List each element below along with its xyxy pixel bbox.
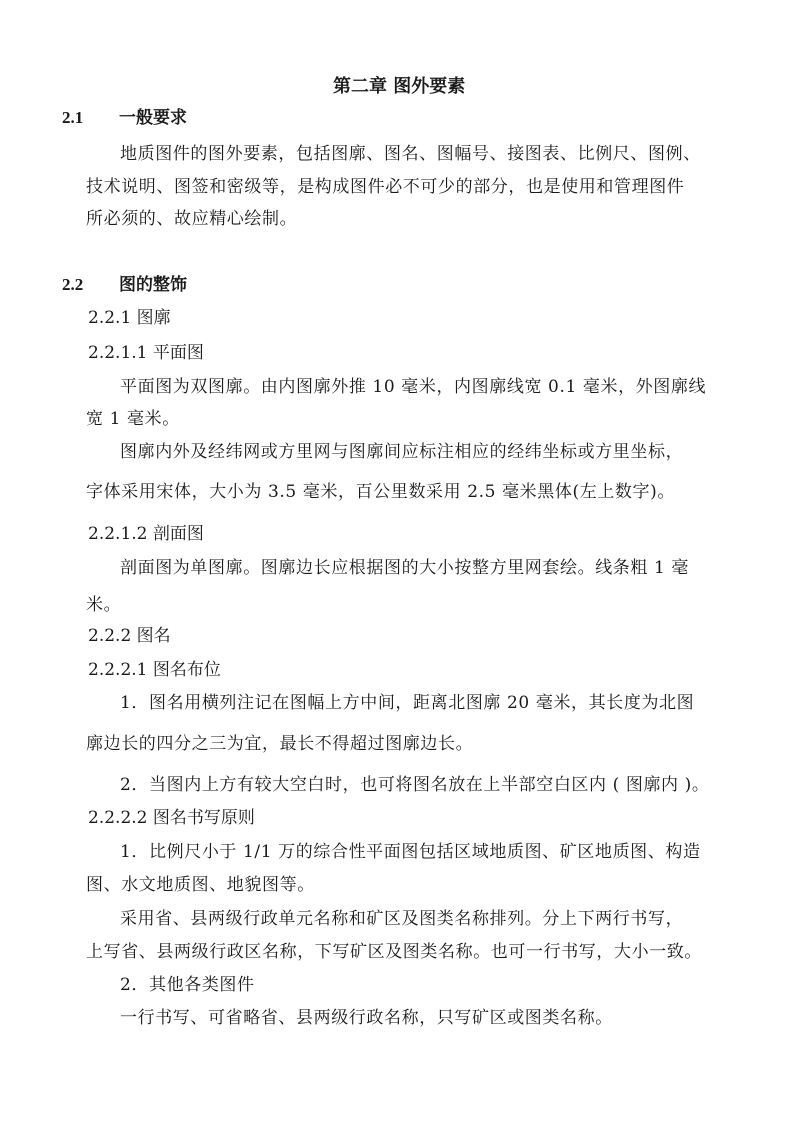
subheading-2-2-2: 2.2.2 图名 [88,625,171,647]
subheading-2-2-1-2: 2.2.1.2 剖面图 [88,523,204,545]
subheading-2-2-2-1: 2.2.2.1 图名布位 [88,659,221,681]
paragraph-line: 一行书写、可省略省、县两级行政名称，只写矿区或图类名称。 [120,1007,613,1029]
paragraph-line: 图廓内外及经纬网或方里网与图廓间应标注相应的经纬坐标或方里坐标， [120,441,683,463]
section-number: 2.2 [62,274,119,296]
subheading-2-2-2-2: 2.2.2.2 图名书写原则 [88,807,255,829]
paragraph-line: 采用省、县两级行政单元名称和矿区及图类名称排列。分上下两行书写， [120,908,683,930]
chapter-title: 第二章 图外要素 [333,76,465,98]
paragraph-line: 所必须的、故应精心绘制。 [86,208,297,230]
subheading-2-2-1: 2.2.1 图廓 [88,307,171,329]
paragraph-line: 地质图件的图外要素，包括图廓、图名、图幅号、接图表、比例尺、图例、 [120,143,701,165]
paragraph-line: 字体采用宋体，大小为 3.5 毫米，百公里数采用 2.5 毫米黑体(左上数字)。 [86,481,675,503]
paragraph-line: 上写省、县两级行政区名称，下写矿区及图类名称。也可一行书写，大小一致。 [86,941,702,963]
section-heading-2-1: 2.1一般要求 [62,107,187,129]
paragraph-line: 剖面图为单图廓。图廓边长应根据图的大小按整方里网套绘。线条粗 1 毫 [120,557,689,579]
section-title: 一般要求 [119,108,187,128]
paragraph-line: 米。 [86,594,121,616]
paragraph-line: 图、水文地质图、地貌图等。 [86,874,315,896]
paragraph-line: 技术说明、图签和密级等，是构成图件必不可少的部分，也是使用和管理图件 [86,176,684,198]
paragraph-line: 2．当图内上方有较大空白时，也可将图名放在上半部空白区内 ( 图廓内 )。 [120,774,710,796]
subheading-2-2-1-1: 2.2.1.1 平面图 [88,342,204,364]
paragraph-line: 宽 1 毫米。 [86,408,180,430]
paragraph-line: 1．比例尺小于 1/1 万的综合性平面图包括区域地质图、矿区地质图、构造 [120,841,701,863]
paragraph-line: 廓边长的四分之三为宜，最长不得超过图廓边长。 [86,733,473,755]
paragraph-line: 1．图名用横列注记在图幅上方中间，距离北图廓 20 毫米，其长度为北图 [120,692,694,714]
paragraph-line: 2．其他各类图件 [120,974,255,996]
paragraph-line: 平面图为双图廓。由内图廓外推 10 毫米，内图廓线宽 0.1 毫米，外图廓线 [120,376,706,398]
section-title: 图的整饰 [119,275,187,295]
section-number: 2.1 [62,107,119,129]
section-heading-2-2: 2.2图的整饰 [62,274,187,296]
